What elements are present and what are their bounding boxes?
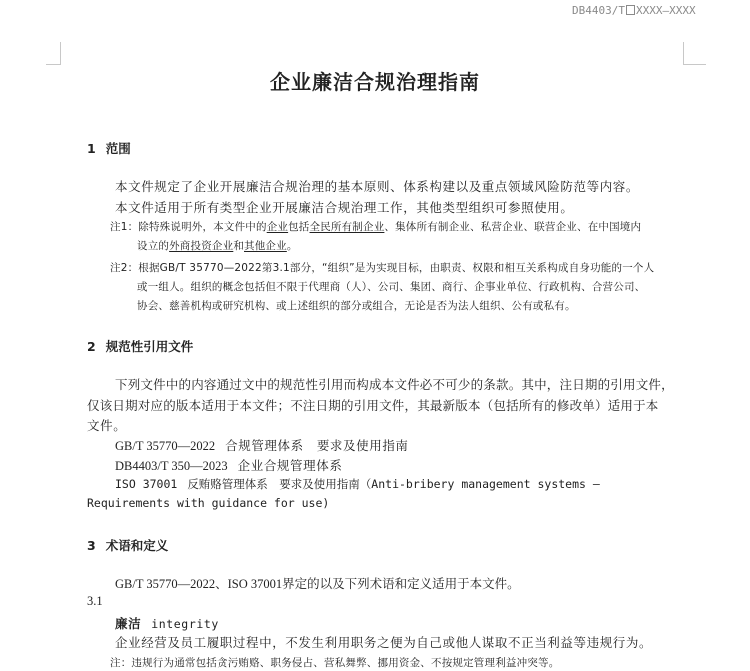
- section-2-heading: 2规范性引用文件: [87, 337, 193, 355]
- note-2: 注2：根据GB/T 35770—2022第3.1部分，“组织”是为实现目标，由职…: [110, 260, 654, 275]
- document-code-prefix: DB4403/T: [572, 4, 625, 17]
- placeholder-box-icon: [626, 5, 635, 15]
- paragraph: 本文件规定了企业开展廉洁合规治理的基本原则、体系构建以及重点领域风险防范等内容。: [115, 177, 639, 195]
- section-number: 2: [87, 339, 96, 354]
- note-text-underlined: 其他企业: [244, 240, 287, 252]
- term-number: 3.1: [87, 594, 103, 609]
- reference-title: 企业合规管理体系: [238, 459, 343, 473]
- document-title: 企业廉洁合规治理指南: [0, 66, 750, 95]
- note-text-underlined: 企业: [267, 221, 288, 233]
- term-heading: 廉洁integrity: [115, 614, 219, 632]
- reference-code: DB4403/T 350—2023: [115, 459, 228, 473]
- note-2-line-2: 或一组人。组织的概念包括但不限于代理商（人）、公司、集团、商行、企事业单位、行政…: [137, 279, 645, 294]
- paragraph-line: 文件。: [87, 416, 126, 434]
- note-text: 根据GB/T 35770—2022第3.1部分，“组织”是为实现目标，由职责、权…: [138, 262, 654, 274]
- section-number: 3: [87, 538, 96, 553]
- paragraph-line: 下列文件中的内容通过文中的规范性引用而构成本文件必不可少的条款。其中，注日期的引…: [115, 375, 674, 393]
- term-definition: 企业经营及员工履职过程中，不发生利用职务之便为自己或他人谋取不正当利益等违规行为…: [115, 633, 652, 651]
- note-text: 。: [287, 240, 298, 252]
- reference-code: GB/T 35770—2022: [115, 439, 215, 453]
- term-en: integrity: [151, 617, 219, 631]
- section-intro: GB/T 35770—2022、ISO 37001界定的以及下列术语和定义适用于…: [115, 574, 520, 592]
- crop-mark-top-left: [46, 42, 61, 65]
- section-1-heading: 1范围: [87, 139, 131, 157]
- note-1: 注1：除特殊说明外，本文件中的企业包括全民所有制企业、集体所有制企业、私营企业、…: [110, 219, 641, 234]
- reference-item: GB/T 35770—2022合规管理体系 要求及使用指南: [115, 436, 409, 454]
- note-text: 设立的: [137, 240, 169, 252]
- section-3-heading: 3术语和定义: [87, 536, 168, 554]
- term-note: 注：违规行为通常包括贪污贿赂、职务侵占、营私舞弊、挪用资金、不按规定管理利益冲突…: [110, 655, 559, 670]
- section-number: 1: [87, 141, 96, 156]
- reference-code: ISO 37001: [115, 477, 177, 491]
- note-label: 注2：: [110, 262, 138, 274]
- note-text: 包括: [288, 221, 309, 233]
- paragraph-line: 仅该日期对应的版本适用于本文件；不注日期的引用文件，其最新版本（包括所有的修改单…: [87, 396, 659, 414]
- paragraph: 本文件适用于所有类型企业开展廉洁合规治理工作，其他类型组织可参照使用。: [115, 198, 574, 216]
- reference-title: 合规管理体系 要求及使用指南: [225, 439, 408, 453]
- document-code: DB4403/TXXXX—XXXX: [572, 4, 696, 17]
- section-title: 范围: [106, 141, 131, 156]
- note-1-continuation: 设立的外商投资企业和其他企业。: [137, 238, 298, 253]
- term-zh: 廉洁: [115, 616, 141, 631]
- section-title: 规范性引用文件: [106, 339, 194, 354]
- reference-item: ISO 37001反贿赂管理体系 要求及使用指南（Anti-bribery ma…: [115, 476, 600, 492]
- note-text-underlined: 外商投资企业: [169, 240, 233, 252]
- note-2-line-3: 协会、慈善机构或研究机构、或上述组织的部分或组合，无论是否为法人组织、公有或私有…: [137, 298, 576, 313]
- note-text: 、集体所有制企业、私营企业、联营企业、在中国境内: [384, 221, 641, 233]
- note-text: 除特殊说明外，本文件中的: [138, 221, 266, 233]
- note-label: 注1：: [110, 221, 138, 233]
- reference-item: DB4403/T 350—2023企业合规管理体系: [115, 456, 342, 474]
- crop-mark-top-right: [683, 42, 706, 65]
- reference-continuation: Requirements with guidance for use): [87, 496, 329, 510]
- note-text: 和: [233, 240, 244, 252]
- section-title: 术语和定义: [106, 538, 169, 553]
- reference-title: 反贿赂管理体系 要求及使用指南（Anti-bribery management …: [187, 477, 599, 491]
- note-text-underlined: 全民所有制企业: [310, 221, 385, 233]
- document-code-suffix: XXXX—XXXX: [636, 4, 696, 17]
